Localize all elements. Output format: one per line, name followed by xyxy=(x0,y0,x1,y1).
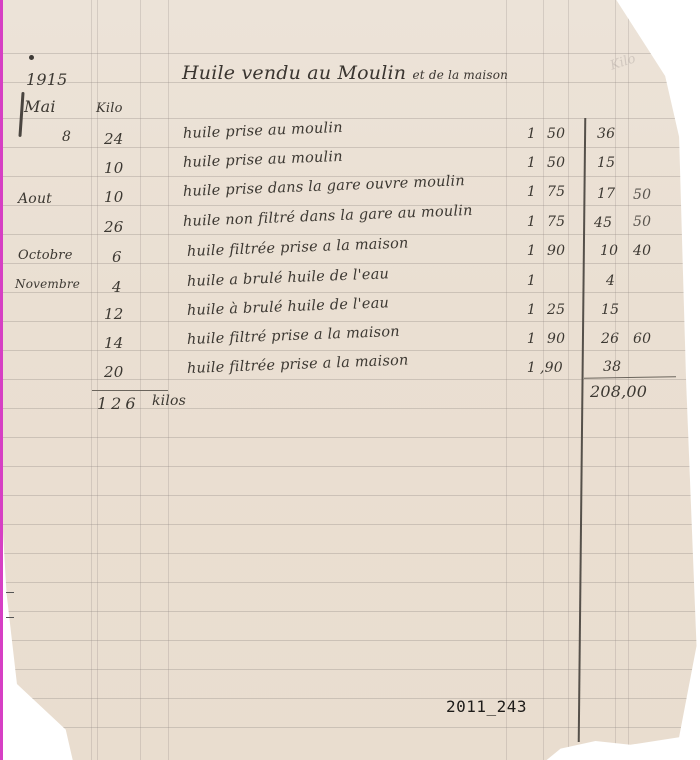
unit-price-dec: 50 xyxy=(547,126,565,142)
title-main: Huile vendu au Moulin xyxy=(182,62,406,84)
month-label: Novembre xyxy=(15,277,80,291)
ink-dot xyxy=(29,55,34,60)
ruled-line xyxy=(3,727,700,728)
unit-price-int: 1 xyxy=(516,214,536,230)
qty-value: 26 xyxy=(104,218,128,236)
ruled-line xyxy=(3,640,700,641)
qty-value: 14 xyxy=(104,334,128,352)
page-title: Huile vendu au Moulin et de la maison xyxy=(182,62,508,84)
unit-price-int: 1 xyxy=(516,302,536,318)
unit-price-dec: 50 xyxy=(547,155,565,171)
unit-price-int: 1 xyxy=(516,184,536,200)
column-line xyxy=(628,0,629,760)
scan-edge xyxy=(0,0,3,760)
qty-value: 24 xyxy=(104,130,128,148)
ruled-line xyxy=(3,553,700,554)
ruled-line xyxy=(3,466,700,467)
line-total-int: 15 xyxy=(601,302,631,318)
qty-value: 4 xyxy=(112,278,136,296)
unit-price-int: 1 xyxy=(516,360,536,376)
unit-price-int: 1 xyxy=(516,126,536,142)
ruled-line xyxy=(3,669,700,670)
day-value: 8 xyxy=(62,129,71,145)
qty-value: 6 xyxy=(112,248,136,266)
column-line xyxy=(543,0,544,760)
month-label: Octobre xyxy=(18,248,73,263)
unit-price-dec: 90 xyxy=(547,331,565,347)
unit-price-int: 1 xyxy=(516,243,536,259)
column-line xyxy=(506,0,507,760)
unit-price-int: 1 xyxy=(516,331,536,347)
ruled-line xyxy=(3,53,700,54)
ruled-line xyxy=(3,698,700,699)
archive-id: 2011_243 xyxy=(446,697,527,716)
month-label: Mai xyxy=(24,97,56,116)
line-total-dec: 50 xyxy=(633,214,651,230)
column-line xyxy=(568,0,569,760)
line-total-int: 38 xyxy=(603,359,633,375)
ruled-line xyxy=(3,263,700,264)
column-line xyxy=(168,0,169,760)
total-quantity-unit: kilos xyxy=(152,393,186,409)
ruled-line xyxy=(3,524,700,525)
title-addendum: et de la maison xyxy=(412,68,508,82)
total-quantity: 126 xyxy=(97,394,140,413)
line-total-int: 15 xyxy=(597,155,627,171)
qty-value: 12 xyxy=(104,305,128,323)
unit-price-dec: ,90 xyxy=(540,360,563,376)
qty-value: 10 xyxy=(104,159,128,177)
unit-price-dec: 25 xyxy=(547,302,565,318)
line-total-dec: 60 xyxy=(633,331,651,347)
total-column-divider xyxy=(578,118,587,742)
ruled-line xyxy=(3,437,700,438)
column-line xyxy=(615,0,616,760)
ruled-line xyxy=(3,582,700,583)
line-total-int: 10 xyxy=(600,243,630,259)
unit-price-int: 1 xyxy=(516,273,536,289)
ruled-line xyxy=(3,118,700,119)
edge-mark xyxy=(6,617,14,618)
ruled-line xyxy=(3,495,700,496)
column-line xyxy=(140,0,141,760)
unit-price-int: 1 xyxy=(516,155,536,171)
line-total-int: 45 xyxy=(594,215,624,231)
sum-rule xyxy=(92,390,168,391)
line-total-int: 4 xyxy=(606,273,636,289)
line-total-int: 17 xyxy=(597,186,627,202)
year: 1915 xyxy=(26,70,68,89)
line-total-int: 36 xyxy=(597,126,627,142)
unit-price-dec: 75 xyxy=(547,214,565,230)
column-line xyxy=(91,0,92,760)
line-total-dec: 50 xyxy=(633,187,651,203)
edge-mark xyxy=(6,592,14,593)
qty-value: 10 xyxy=(104,188,128,206)
line-total-dec: 40 xyxy=(633,243,651,259)
unit-price-dec: 90 xyxy=(547,243,565,259)
quantity-header: Kilo xyxy=(96,101,123,116)
unit-price-dec: 75 xyxy=(547,184,565,200)
ruled-line xyxy=(3,292,700,293)
grand-total: 208,00 xyxy=(590,382,647,401)
line-total-int: 26 xyxy=(601,331,631,347)
qty-value: 20 xyxy=(104,363,128,381)
ruled-line xyxy=(3,611,700,612)
month-label: Aout xyxy=(18,191,52,207)
